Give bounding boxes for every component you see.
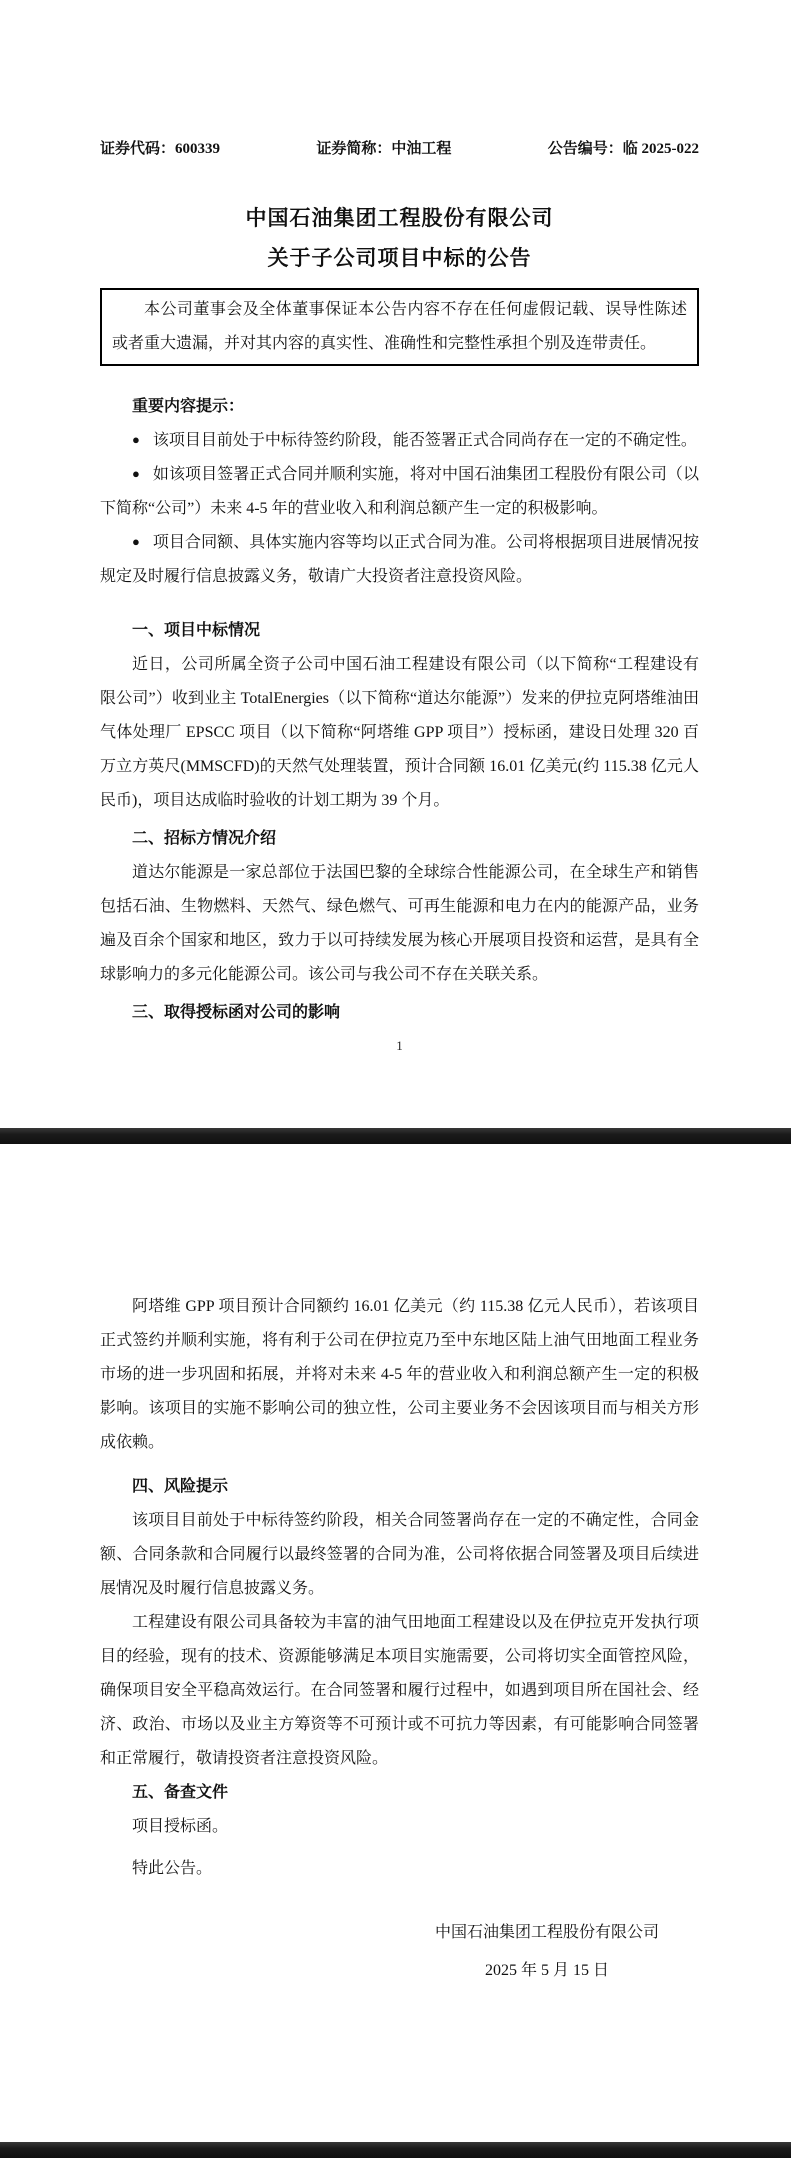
- notice-bullet-3-text: 项目合同额、具体实施内容等均以正式合同为准。公司将根据项目进展情况按规定及时履行…: [100, 534, 699, 585]
- page-number: 1: [100, 1036, 699, 1056]
- notice-bullet-1-text: 该项目目前处于中标待签约阶段，能否签署正式合同尚存在一定的不确定性。: [153, 432, 697, 449]
- disclaimer-box: 本公司董事会及全体董事保证本公告内容不存在任何虚假记载、误导性陈述或者重大遗漏，…: [100, 288, 699, 366]
- signature-company: 中国石油集团工程股份有限公司: [435, 1914, 659, 1952]
- section-4-paragraph-1: 该项目目前处于中标待签约阶段，相关合同签署尚存在一定的不确定性，合同金额、合同条…: [100, 1504, 699, 1606]
- notice-bullet-2-text: 如该项目签署正式合同并顺利实施，将对中国石油集团工程股份有限公司（以下简称“公司…: [100, 466, 699, 517]
- bullet-icon: ●: [132, 534, 153, 549]
- stock-code: 证券代码：600339: [100, 138, 220, 160]
- section-4-heading: 四、风险提示: [100, 1470, 699, 1504]
- section-4-paragraph-2: 工程建设有限公司具备较为丰富的油气田地面工程建设以及在伊拉克开发执行项目的经验，…: [100, 1606, 699, 1776]
- document-subtitle: 关于子公司项目中标的公告: [100, 244, 699, 272]
- stock-abbr: 证券简称：中油工程: [316, 138, 451, 160]
- notice-bullet-2: ●如该项目签署正式合同并顺利实施，将对中国石油集团工程股份有限公司（以下简称“公…: [100, 458, 699, 526]
- document-meta-row: 证券代码：600339 证券简称：中油工程 公告编号：临 2025-022: [100, 138, 699, 160]
- section-3-paragraph: 阿塔维 GPP 项目预计合同额约 16.01 亿美元（约 115.38 亿元人民…: [100, 1290, 699, 1460]
- section-5-paragraph: 项目授标函。: [100, 1810, 699, 1844]
- announcement-number: 公告编号：临 2025-022: [548, 138, 699, 160]
- page-break-bar-bottom: [0, 2142, 791, 2158]
- section-5-heading: 五、备查文件: [100, 1776, 699, 1810]
- announcement-document: 证券代码：600339 证券简称：中油工程 公告编号：临 2025-022 中国…: [0, 0, 791, 2158]
- signature-date: 2025 年 5 月 15 日: [435, 1952, 659, 1990]
- section-2-paragraph: 道达尔能源是一家总部位于法国巴黎的全球综合性能源公司，在全球生产和销售包括石油、…: [100, 856, 699, 992]
- section-3-heading: 三、取得授标函对公司的影响: [100, 996, 699, 1030]
- section-1-paragraph: 近日，公司所属全资子公司中国石油工程建设有限公司（以下简称“工程建设有限公司”）…: [100, 648, 699, 818]
- disclaimer-text: 本公司董事会及全体董事保证本公告内容不存在任何虚假记载、误导性陈述或者重大遗漏，…: [112, 293, 687, 361]
- bullet-icon: ●: [132, 466, 153, 481]
- section-1-heading: 一、项目中标情况: [100, 614, 699, 648]
- closing-statement: 特此公告。: [100, 1852, 699, 1886]
- page-break-bar: [0, 1128, 791, 1144]
- section-2-heading: 二、招标方情况介绍: [100, 822, 699, 856]
- signature-block: 中国石油集团工程股份有限公司 2025 年 5 月 15 日: [435, 1914, 659, 1990]
- document-page-1: 证券代码：600339 证券简称：中油工程 公告编号：临 2025-022 中国…: [0, 0, 791, 1128]
- bullet-icon: ●: [132, 432, 153, 447]
- document-title: 中国石油集团工程股份有限公司: [100, 204, 699, 232]
- important-notice-heading: 重要内容提示：: [100, 390, 699, 424]
- notice-bullet-1: ●该项目目前处于中标待签约阶段，能否签署正式合同尚存在一定的不确定性。: [100, 424, 699, 458]
- document-page-2: 阿塔维 GPP 项目预计合同额约 16.01 亿美元（约 115.38 亿元人民…: [0, 1144, 791, 2142]
- notice-bullet-3: ●项目合同额、具体实施内容等均以正式合同为准。公司将根据项目进展情况按规定及时履…: [100, 526, 699, 594]
